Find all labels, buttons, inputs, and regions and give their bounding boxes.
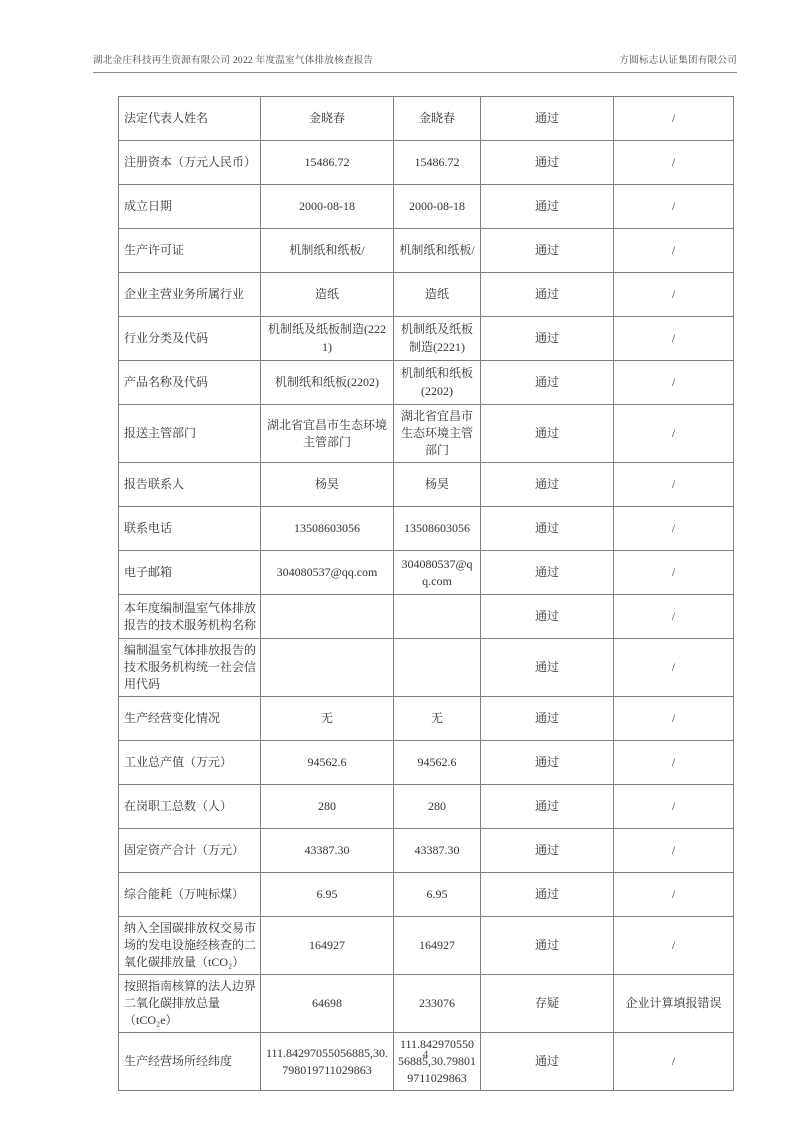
verified-value-cell: 杨昊	[394, 463, 481, 507]
reported-value-cell	[261, 639, 394, 697]
verified-value-cell: 233076	[394, 975, 481, 1033]
table-row: 生产经营变化情况无无通过/	[119, 697, 734, 741]
note-cell: /	[614, 829, 734, 873]
reported-value-cell: 280	[261, 785, 394, 829]
row-label-cell: 固定资产合计（万元）	[119, 829, 261, 873]
note-cell: /	[614, 97, 734, 141]
reported-value-cell: 机制纸和纸板/	[261, 229, 394, 273]
note-cell: /	[614, 697, 734, 741]
reported-value-cell: 94562.6	[261, 741, 394, 785]
table-row: 法定代表人姓名金晓春金晓春通过/	[119, 97, 734, 141]
conclusion-cell: 通过	[481, 785, 614, 829]
conclusion-cell: 存疑	[481, 975, 614, 1033]
table-row: 综合能耗（万吨标煤）6.956.95通过/	[119, 873, 734, 917]
verified-value-cell: 43387.30	[394, 829, 481, 873]
reported-value-cell: 111.84297055056885,30.798019711029863	[261, 1033, 394, 1091]
note-cell: /	[614, 185, 734, 229]
conclusion-cell: 通过	[481, 317, 614, 361]
verification-table: 法定代表人姓名金晓春金晓春通过/注册资本（万元人民币）15486.7215486…	[118, 96, 734, 1091]
note-cell: /	[614, 1033, 734, 1091]
note-cell: /	[614, 141, 734, 185]
note-cell: /	[614, 873, 734, 917]
reported-value-cell: 43387.30	[261, 829, 394, 873]
row-label-cell: 行业分类及代码	[119, 317, 261, 361]
conclusion-cell: 通过	[481, 873, 614, 917]
reported-value-cell: 13508603056	[261, 507, 394, 551]
row-label-cell: 生产经营变化情况	[119, 697, 261, 741]
verified-value-cell: 280	[394, 785, 481, 829]
row-label-cell: 联系电话	[119, 507, 261, 551]
reported-value-cell: 15486.72	[261, 141, 394, 185]
table-row: 电子邮箱304080537@qq.com304080537@qq.com通过/	[119, 551, 734, 595]
note-cell: /	[614, 507, 734, 551]
table-row: 在岗职工总数（人）280280通过/	[119, 785, 734, 829]
note-cell: 企业计算填报错误	[614, 975, 734, 1033]
row-label-cell: 报告联系人	[119, 463, 261, 507]
table-row: 生产许可证机制纸和纸板/机制纸和纸板/通过/	[119, 229, 734, 273]
row-label-cell: 报送主管部门	[119, 405, 261, 463]
table-row: 工业总产值（万元）94562.694562.6通过/	[119, 741, 734, 785]
page-header: 湖北金庄科技再生资源有限公司 2022 年度温室气体排放核查报告 方圆标志认证集…	[93, 52, 737, 73]
table-row: 成立日期2000-08-182000-08-18通过/	[119, 185, 734, 229]
verified-value-cell: 机制纸及纸板制造(2221)	[394, 317, 481, 361]
reported-value-cell: 304080537@qq.com	[261, 551, 394, 595]
conclusion-cell: 通过	[481, 507, 614, 551]
row-label-cell: 法定代表人姓名	[119, 97, 261, 141]
conclusion-cell: 通过	[481, 141, 614, 185]
row-label-cell: 成立日期	[119, 185, 261, 229]
table-row: 行业分类及代码机制纸及纸板制造(2221)机制纸及纸板制造(2221)通过/	[119, 317, 734, 361]
table-row: 本年度编制温室气体排放报告的技术服务机构名称通过/	[119, 595, 734, 639]
reported-value-cell: 64698	[261, 975, 394, 1033]
verified-value-cell: 无	[394, 697, 481, 741]
page-number: 4	[118, 1049, 733, 1061]
row-label-cell: 综合能耗（万吨标煤）	[119, 873, 261, 917]
row-label-cell: 在岗职工总数（人）	[119, 785, 261, 829]
row-label-cell: 按照指南核算的法人边界二氧化碳排放总量（tCO₂e）	[119, 975, 261, 1033]
table-row: 按照指南核算的法人边界二氧化碳排放总量（tCO₂e）64698233076存疑企…	[119, 975, 734, 1033]
row-label-cell: 产品名称及代码	[119, 361, 261, 405]
conclusion-cell: 通过	[481, 917, 614, 975]
header-report-title: 湖北金庄科技再生资源有限公司 2022 年度温室气体排放核查报告	[93, 52, 373, 66]
note-cell: /	[614, 361, 734, 405]
reported-value-cell: 杨昊	[261, 463, 394, 507]
note-cell: /	[614, 785, 734, 829]
row-label-cell: 编制温室气体排放报告的技术服务机构统一社会信用代码	[119, 639, 261, 697]
verified-value-cell: 机制纸和纸板(2202)	[394, 361, 481, 405]
table-row: 编制温室气体排放报告的技术服务机构统一社会信用代码通过/	[119, 639, 734, 697]
verified-value-cell	[394, 595, 481, 639]
conclusion-cell: 通过	[481, 97, 614, 141]
table-row: 联系电话1350860305613508603056通过/	[119, 507, 734, 551]
conclusion-cell: 通过	[481, 1033, 614, 1091]
verification-table-body: 法定代表人姓名金晓春金晓春通过/注册资本（万元人民币）15486.7215486…	[119, 97, 734, 1091]
verified-value-cell: 13508603056	[394, 507, 481, 551]
row-label-cell: 企业主营业务所属行业	[119, 273, 261, 317]
note-cell: /	[614, 917, 734, 975]
conclusion-cell: 通过	[481, 185, 614, 229]
verified-value-cell: 111.84297055056885,30.798019711029863	[394, 1033, 481, 1091]
conclusion-cell: 通过	[481, 829, 614, 873]
row-label-cell: 工业总产值（万元）	[119, 741, 261, 785]
conclusion-cell: 通过	[481, 551, 614, 595]
verified-value-cell: 15486.72	[394, 141, 481, 185]
conclusion-cell: 通过	[481, 405, 614, 463]
note-cell: /	[614, 595, 734, 639]
row-label-cell: 生产许可证	[119, 229, 261, 273]
note-cell: /	[614, 317, 734, 361]
note-cell: /	[614, 463, 734, 507]
reported-value-cell: 无	[261, 697, 394, 741]
note-cell: /	[614, 273, 734, 317]
reported-value-cell	[261, 595, 394, 639]
reported-value-cell: 2000-08-18	[261, 185, 394, 229]
table-row: 生产经营场所经纬度111.84297055056885,30.798019711…	[119, 1033, 734, 1091]
table-row: 固定资产合计（万元）43387.3043387.30通过/	[119, 829, 734, 873]
verified-value-cell: 湖北省宜昌市生态环境主管部门	[394, 405, 481, 463]
reported-value-cell: 机制纸和纸板(2202)	[261, 361, 394, 405]
verified-value-cell: 造纸	[394, 273, 481, 317]
note-cell: /	[614, 551, 734, 595]
note-cell: /	[614, 639, 734, 697]
verified-value-cell: 304080537@qq.com	[394, 551, 481, 595]
conclusion-cell: 通过	[481, 361, 614, 405]
reported-value-cell: 造纸	[261, 273, 394, 317]
reported-value-cell: 金晓春	[261, 97, 394, 141]
row-label-cell: 本年度编制温室气体排放报告的技术服务机构名称	[119, 595, 261, 639]
row-label-cell: 纳入全国碳排放权交易市场的发电设施经核查的二氧化碳排放量（tCO₂）	[119, 917, 261, 975]
verified-value-cell	[394, 639, 481, 697]
verified-value-cell: 94562.6	[394, 741, 481, 785]
verified-value-cell: 机制纸和纸板/	[394, 229, 481, 273]
conclusion-cell: 通过	[481, 229, 614, 273]
conclusion-cell: 通过	[481, 697, 614, 741]
reported-value-cell: 6.95	[261, 873, 394, 917]
table-row: 报告联系人杨昊杨昊通过/	[119, 463, 734, 507]
table-row: 报送主管部门湖北省宜昌市生态环境主管部门湖北省宜昌市生态环境主管部门通过/	[119, 405, 734, 463]
conclusion-cell: 通过	[481, 741, 614, 785]
conclusion-cell: 通过	[481, 463, 614, 507]
reported-value-cell: 164927	[261, 917, 394, 975]
verified-value-cell: 金晓春	[394, 97, 481, 141]
note-cell: /	[614, 741, 734, 785]
row-label-cell: 生产经营场所经纬度	[119, 1033, 261, 1091]
reported-value-cell: 机制纸及纸板制造(2221)	[261, 317, 394, 361]
verified-value-cell: 2000-08-18	[394, 185, 481, 229]
verified-value-cell: 164927	[394, 917, 481, 975]
conclusion-cell: 通过	[481, 595, 614, 639]
verified-value-cell: 6.95	[394, 873, 481, 917]
table-row: 产品名称及代码机制纸和纸板(2202)机制纸和纸板(2202)通过/	[119, 361, 734, 405]
table-row: 注册资本（万元人民币）15486.7215486.72通过/	[119, 141, 734, 185]
table-row: 纳入全国碳排放权交易市场的发电设施经核查的二氧化碳排放量（tCO₂）164927…	[119, 917, 734, 975]
conclusion-cell: 通过	[481, 639, 614, 697]
table-row: 企业主营业务所属行业造纸造纸通过/	[119, 273, 734, 317]
row-label-cell: 注册资本（万元人民币）	[119, 141, 261, 185]
conclusion-cell: 通过	[481, 273, 614, 317]
note-cell: /	[614, 405, 734, 463]
row-label-cell: 电子邮箱	[119, 551, 261, 595]
header-certifier-name: 方圆标志认证集团有限公司	[619, 52, 737, 66]
reported-value-cell: 湖北省宜昌市生态环境主管部门	[261, 405, 394, 463]
note-cell: /	[614, 229, 734, 273]
